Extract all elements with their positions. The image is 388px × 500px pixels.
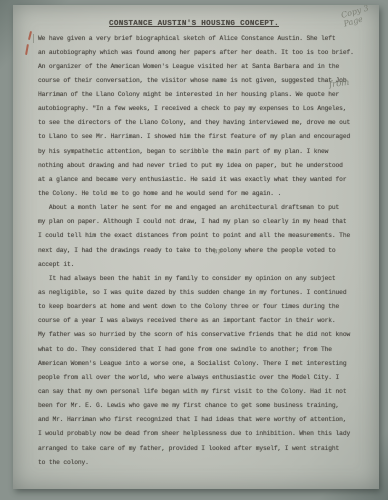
- typed-line: an autobiography which was found among h…: [38, 46, 368, 60]
- typed-line: course of a year I was always received t…: [38, 314, 368, 328]
- typed-line: the Colony. He told me to go home and he…: [38, 187, 368, 201]
- typed-line: been for Mr. E. G. Lewis who gave me my …: [38, 399, 368, 413]
- handwritten-insert-up: up: [213, 246, 223, 256]
- typed-line: nothing about drawing and had never trie…: [38, 159, 368, 173]
- typed-line: to the colony.: [38, 456, 368, 470]
- typed-line: and Mr. Harriman who first recognized th…: [38, 413, 368, 427]
- typed-line: people from all over the world, who were…: [38, 371, 368, 385]
- typed-line: My father was so hurried by the scorn of…: [38, 328, 368, 342]
- typed-line: at a glance and became very enthusiastic…: [38, 173, 368, 187]
- typed-line: Harriman of the Llano Colony might be in…: [38, 88, 368, 102]
- typed-line: what to do. They considered that I had g…: [38, 343, 368, 357]
- pencil-bracket-mark: [33, 34, 34, 43]
- typed-line: We have given a very brief biographical …: [38, 32, 368, 46]
- typed-line: An organizer of the American Women's Lea…: [38, 60, 368, 74]
- typed-line: to see the directors of the Llano Colony…: [38, 116, 368, 130]
- typed-line: American Women's League into a worse one…: [38, 357, 368, 371]
- typed-line: by his sympathetic attention, began to s…: [38, 145, 368, 159]
- typed-line: About a month later he sent for me and e…: [38, 201, 368, 215]
- typed-line: autobiography. "In a few weeks, I receiv…: [38, 102, 368, 116]
- scanner-background: CONSTANCE AUSTIN'S HOUSING CONCEPT. We h…: [0, 0, 388, 500]
- document-title: CONSTANCE AUSTIN'S HOUSING CONCEPT.: [0, 20, 388, 28]
- typed-line: as negligible, so I was quite dazed by t…: [38, 286, 368, 300]
- typed-line: to keep boarders at home and went down t…: [38, 300, 368, 314]
- typed-line: It had always been the habit in my famil…: [38, 272, 368, 286]
- typed-line: arranged to take care of my father, prov…: [38, 442, 368, 456]
- typed-line: I could tell him the exact distances fro…: [38, 229, 368, 243]
- typed-line: I would probably now be dead from sheer …: [38, 427, 368, 441]
- typed-line: to Llano to see Mr. Harriman. I showed h…: [38, 130, 368, 144]
- typed-line: next day, I had the drawings ready to ta…: [38, 244, 368, 258]
- typed-line: accept it.: [38, 258, 368, 272]
- typed-text-block: We have given a very brief biographical …: [38, 32, 368, 470]
- typed-line: can say that my own personal life began …: [38, 385, 368, 399]
- typed-line: course of their conversation, the visito…: [38, 74, 368, 88]
- typed-line: my plan on paper. Although I could not d…: [38, 215, 368, 229]
